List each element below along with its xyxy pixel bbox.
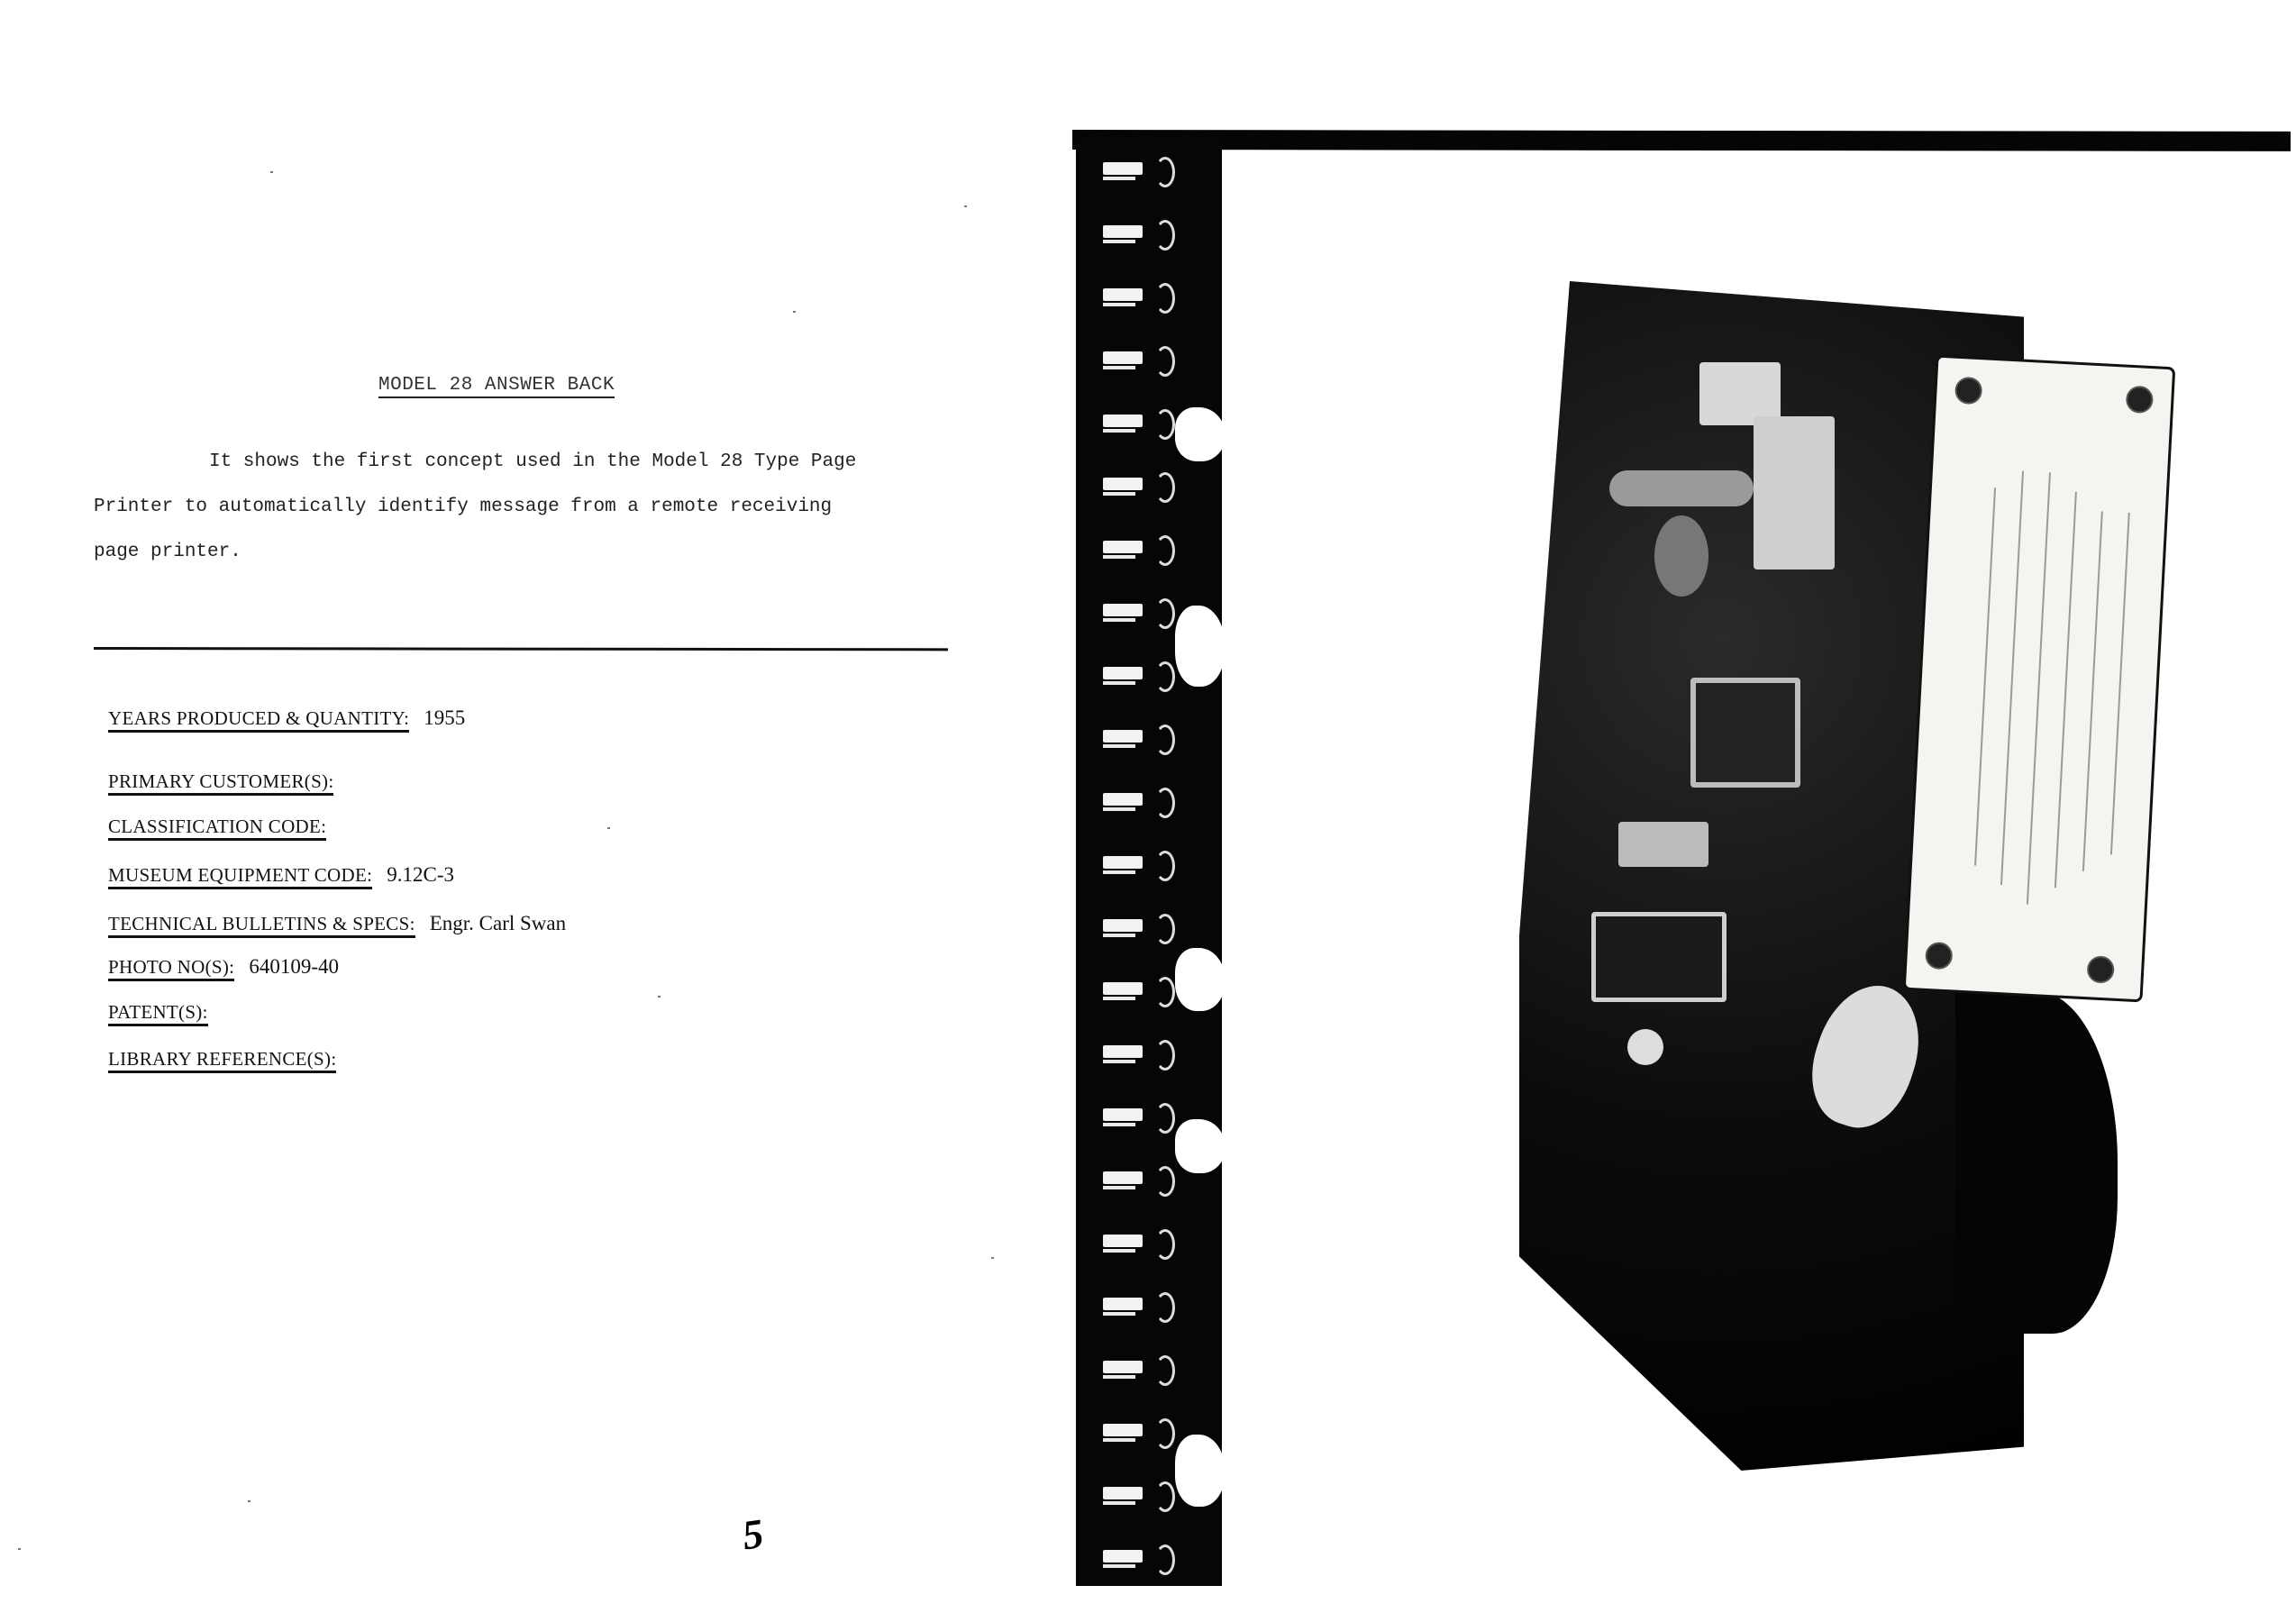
field-primary-customers: PRIMARY CUSTOMER(S): bbox=[108, 770, 348, 794]
scan-speck bbox=[607, 827, 610, 829]
field-label: MUSEUM EQUIPMENT CODE: bbox=[108, 864, 372, 889]
scan-speck bbox=[964, 205, 967, 207]
binding-highlight bbox=[1175, 606, 1225, 687]
document-sheet: MODEL 28 ANSWER BACK It shows the first … bbox=[0, 0, 1063, 1622]
device-linkage bbox=[1591, 912, 1727, 1002]
binding-highlight bbox=[1175, 1119, 1225, 1173]
binding-ring-icon bbox=[1103, 1541, 1209, 1573]
binding-ring-icon bbox=[1103, 279, 1209, 312]
field-museum-equipment-code: MUSEUM EQUIPMENT CODE:9.12C-3 bbox=[108, 863, 454, 888]
field-label: LIBRARY REFERENCE(S): bbox=[108, 1048, 336, 1073]
field-technical-bulletins: TECHNICAL BULLETINS & SPECS:Engr. Carl S… bbox=[108, 912, 566, 936]
plate-text-line bbox=[2000, 471, 2024, 885]
instruction-plate bbox=[1903, 355, 2176, 1003]
screw-icon bbox=[1954, 377, 1983, 405]
binding-ring-icon bbox=[1103, 532, 1209, 564]
plate-text-line bbox=[1974, 488, 1996, 866]
screw-icon bbox=[1925, 942, 1954, 970]
document-title: MODEL 28 ANSWER BACK bbox=[378, 375, 615, 398]
plate-text-line bbox=[2055, 492, 2077, 888]
photo-top-border bbox=[1072, 130, 2291, 151]
binding-highlight bbox=[1175, 948, 1225, 1011]
binding-highlight bbox=[1175, 407, 1225, 461]
spiral-binding-strip bbox=[1076, 137, 1222, 1586]
binding-ring-icon bbox=[1103, 1352, 1209, 1384]
field-photo-numbers: PHOTO NO(S):640109-40 bbox=[108, 955, 339, 980]
field-classification-code: CLASSIFICATION CODE: bbox=[108, 815, 341, 839]
field-label: CLASSIFICATION CODE: bbox=[108, 816, 326, 841]
field-patents: PATENT(S): bbox=[108, 1000, 223, 1025]
binding-ring-icon bbox=[1103, 721, 1209, 753]
device-frame bbox=[1690, 678, 1800, 788]
device-knob bbox=[1627, 1029, 1663, 1065]
device-coil-spring bbox=[1618, 822, 1708, 867]
field-label: PATENT(S): bbox=[108, 1001, 208, 1026]
screw-icon bbox=[2086, 955, 2115, 984]
device-solenoid bbox=[1754, 416, 1835, 570]
binding-ring-icon bbox=[1103, 847, 1209, 879]
binding-ring-icon bbox=[1103, 784, 1209, 816]
handwritten-page-number: 5 bbox=[739, 1509, 766, 1560]
scan-speck bbox=[658, 996, 661, 998]
field-value: 640109-40 bbox=[249, 955, 339, 978]
scan-speck bbox=[793, 311, 796, 313]
binding-highlight bbox=[1175, 1435, 1225, 1507]
screw-icon bbox=[2126, 386, 2155, 415]
plate-text-line bbox=[2027, 472, 2051, 904]
plate-text-line bbox=[2110, 513, 2130, 855]
field-value: Engr. Carl Swan bbox=[430, 912, 566, 934]
binding-ring-icon bbox=[1103, 1289, 1209, 1321]
description-paragraph: It shows the first concept used in the M… bbox=[94, 440, 905, 575]
plate-text-line bbox=[2082, 511, 2103, 871]
binding-ring-icon bbox=[1103, 216, 1209, 249]
scan-speck bbox=[270, 171, 273, 173]
binding-ring-icon bbox=[1103, 153, 1209, 186]
scan-speck bbox=[248, 1500, 251, 1502]
binding-ring-icon bbox=[1103, 1036, 1209, 1069]
field-label: PHOTO NO(S): bbox=[108, 956, 234, 981]
section-divider bbox=[94, 647, 948, 651]
device-spring-assembly bbox=[1609, 470, 1754, 506]
field-label: PRIMARY CUSTOMER(S): bbox=[108, 770, 333, 796]
field-label: YEARS PRODUCED & QUANTITY: bbox=[108, 707, 409, 733]
description-line: It shows the first concept used in the M… bbox=[94, 440, 905, 485]
scan-speck bbox=[991, 1257, 994, 1259]
field-years-produced: YEARS PRODUCED & QUANTITY:1955 bbox=[108, 706, 465, 731]
field-label: TECHNICAL BULLETINS & SPECS: bbox=[108, 913, 415, 938]
binding-ring-icon bbox=[1103, 1226, 1209, 1258]
field-library-references: LIBRARY REFERENCE(S): bbox=[108, 1047, 351, 1071]
binding-ring-icon bbox=[1103, 469, 1209, 501]
field-value: 1955 bbox=[424, 706, 465, 729]
scan-speck bbox=[18, 1548, 21, 1550]
device-shadow bbox=[1955, 991, 2118, 1334]
field-value: 9.12C-3 bbox=[387, 863, 454, 886]
description-line: page printer. bbox=[94, 530, 905, 575]
binding-ring-icon bbox=[1103, 910, 1209, 943]
device-gear bbox=[1654, 515, 1708, 597]
binding-ring-icon bbox=[1103, 342, 1209, 375]
description-line: Printer to automatically identify messag… bbox=[94, 485, 905, 530]
